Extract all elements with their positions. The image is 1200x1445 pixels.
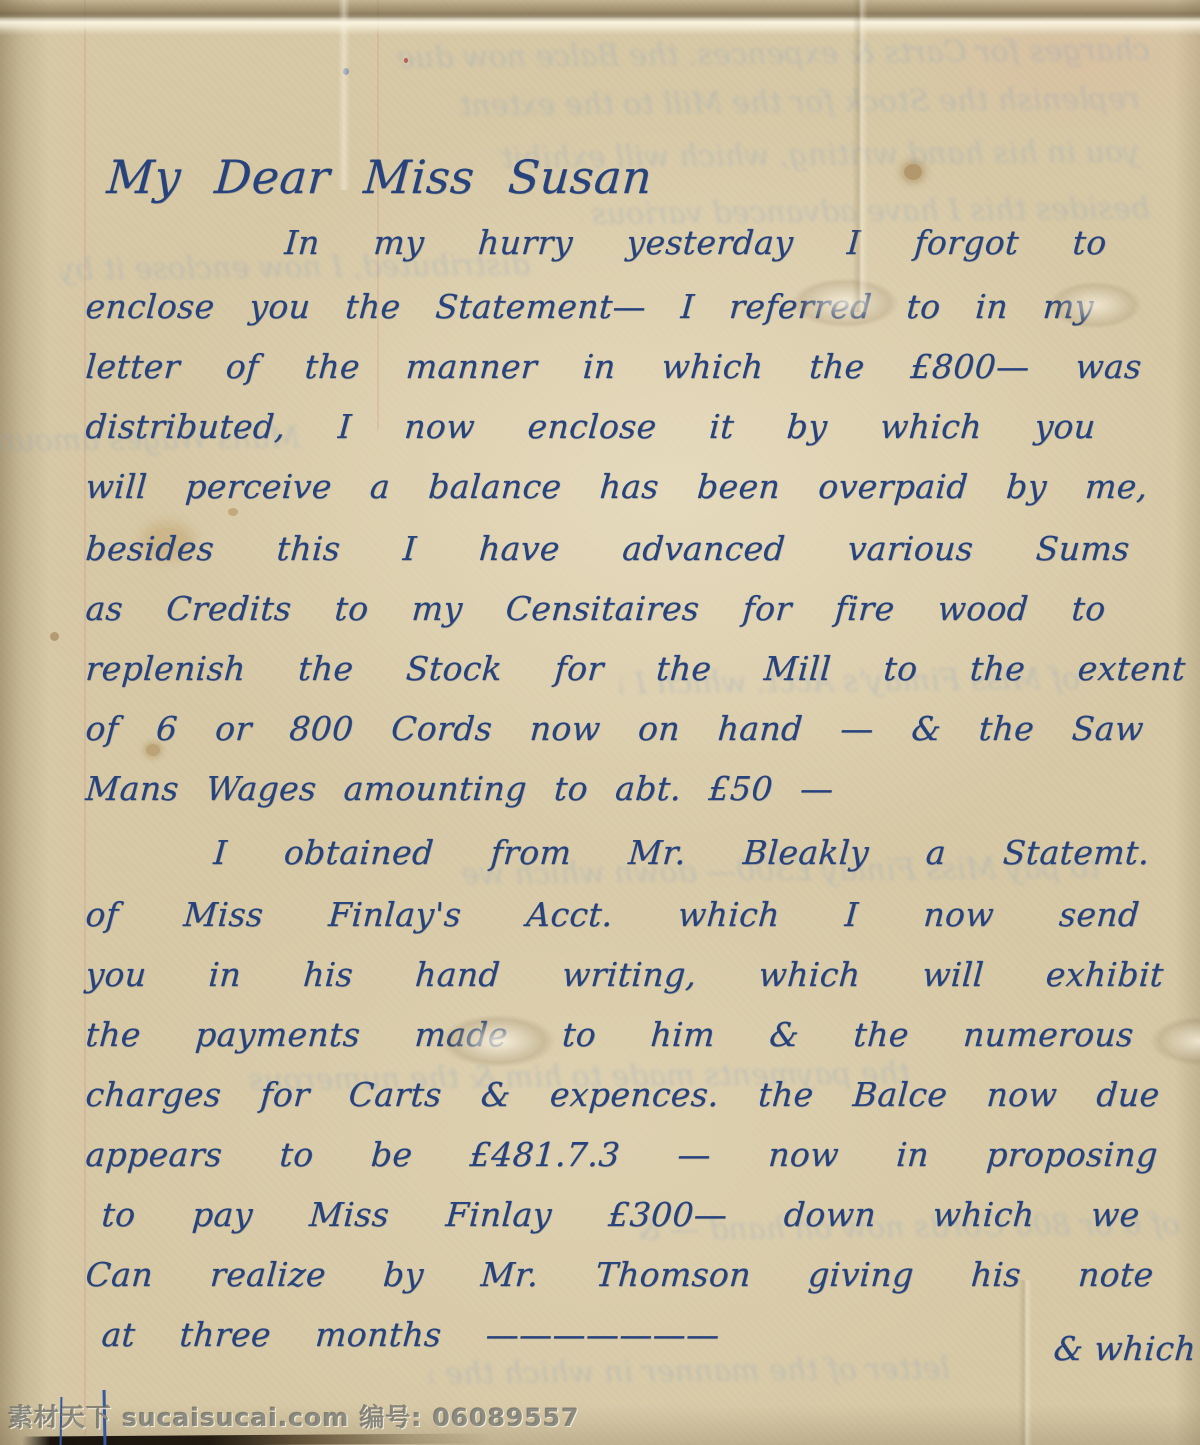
watermark-site-name: 素材天下 [8, 1403, 112, 1432]
closing-fragment: & which [1052, 1326, 1200, 1372]
horizontal-fold-crease [0, 0, 1200, 34]
fold-wrinkle [1130, 1006, 1200, 1076]
letter-line: distributed, I now enclose it by which y… [84, 404, 1097, 450]
letter-line: letter of the manner in which the £800— … [84, 344, 1143, 390]
letter-line: replenish the Stock for the Mill to the … [84, 646, 1187, 692]
horizontal-fold-crease [0, 0, 1200, 36]
letter-line: at three months ——————— [100, 1312, 721, 1358]
letter-line: you in his hand writing, which will exhi… [84, 952, 1165, 998]
watermark-site-url: sucaisucai.com [122, 1403, 349, 1432]
bleedthrough-text: replenish the Stock for the Mill to the … [260, 79, 1140, 128]
paper-stain [50, 632, 59, 641]
salutation-line: My Dear Miss Susan [105, 148, 654, 206]
horizontal-fold-crease [0, 0, 1200, 30]
scanned-letter-page: charges for Carts & expences. the Balce … [0, 0, 1200, 1445]
watermark-id-value: 06089557 [432, 1403, 579, 1432]
letter-line: besides this I have advanced various Sum… [84, 526, 1131, 572]
ink-speck [343, 68, 349, 75]
letter-line: Can realize by Mr. Thomson giving his no… [84, 1252, 1155, 1298]
letter-line: In my hurry yesterday I forgot to [283, 220, 1108, 266]
watermark-id-label: 编号: [359, 1403, 422, 1432]
bleedthrough-text: charges for Carts & expences. the Balce … [150, 31, 1150, 81]
letter-line: charges for Carts & expences. the Balce … [84, 1072, 1161, 1118]
vertical-fold-crease [1018, 1280, 1032, 1445]
ink-stain [904, 164, 922, 180]
letter-line: as Credits to my Censitaires for fire wo… [84, 586, 1107, 632]
ink-speck [404, 58, 408, 63]
letter-line: of Miss Finlay's Acct. which I now send [84, 892, 1141, 938]
letter-line: appears to be £481.7.3 — now in proposin… [84, 1132, 1159, 1178]
watermark: 素材天下sucaisucai.com编号:06089557 [8, 1398, 590, 1434]
letter-line: the payments made to him & the numerous [84, 1012, 1135, 1058]
letter-line: I obtained from Mr. Bleakly a Statemt. [212, 830, 1151, 876]
letter-line: will perceive a balance has been overpai… [84, 464, 1149, 510]
letter-line: enclose you the Statement— I referred to… [84, 284, 1095, 330]
page-edge-shadow [22, 1433, 492, 1445]
letter-line: of 6 or 800 Cords now on hand — & the Sa… [84, 706, 1145, 752]
letter-line: Mans Wages amounting to abt. £50 — [84, 766, 835, 812]
letter-line: to pay Miss Finlay £300— down which we [100, 1192, 1141, 1238]
